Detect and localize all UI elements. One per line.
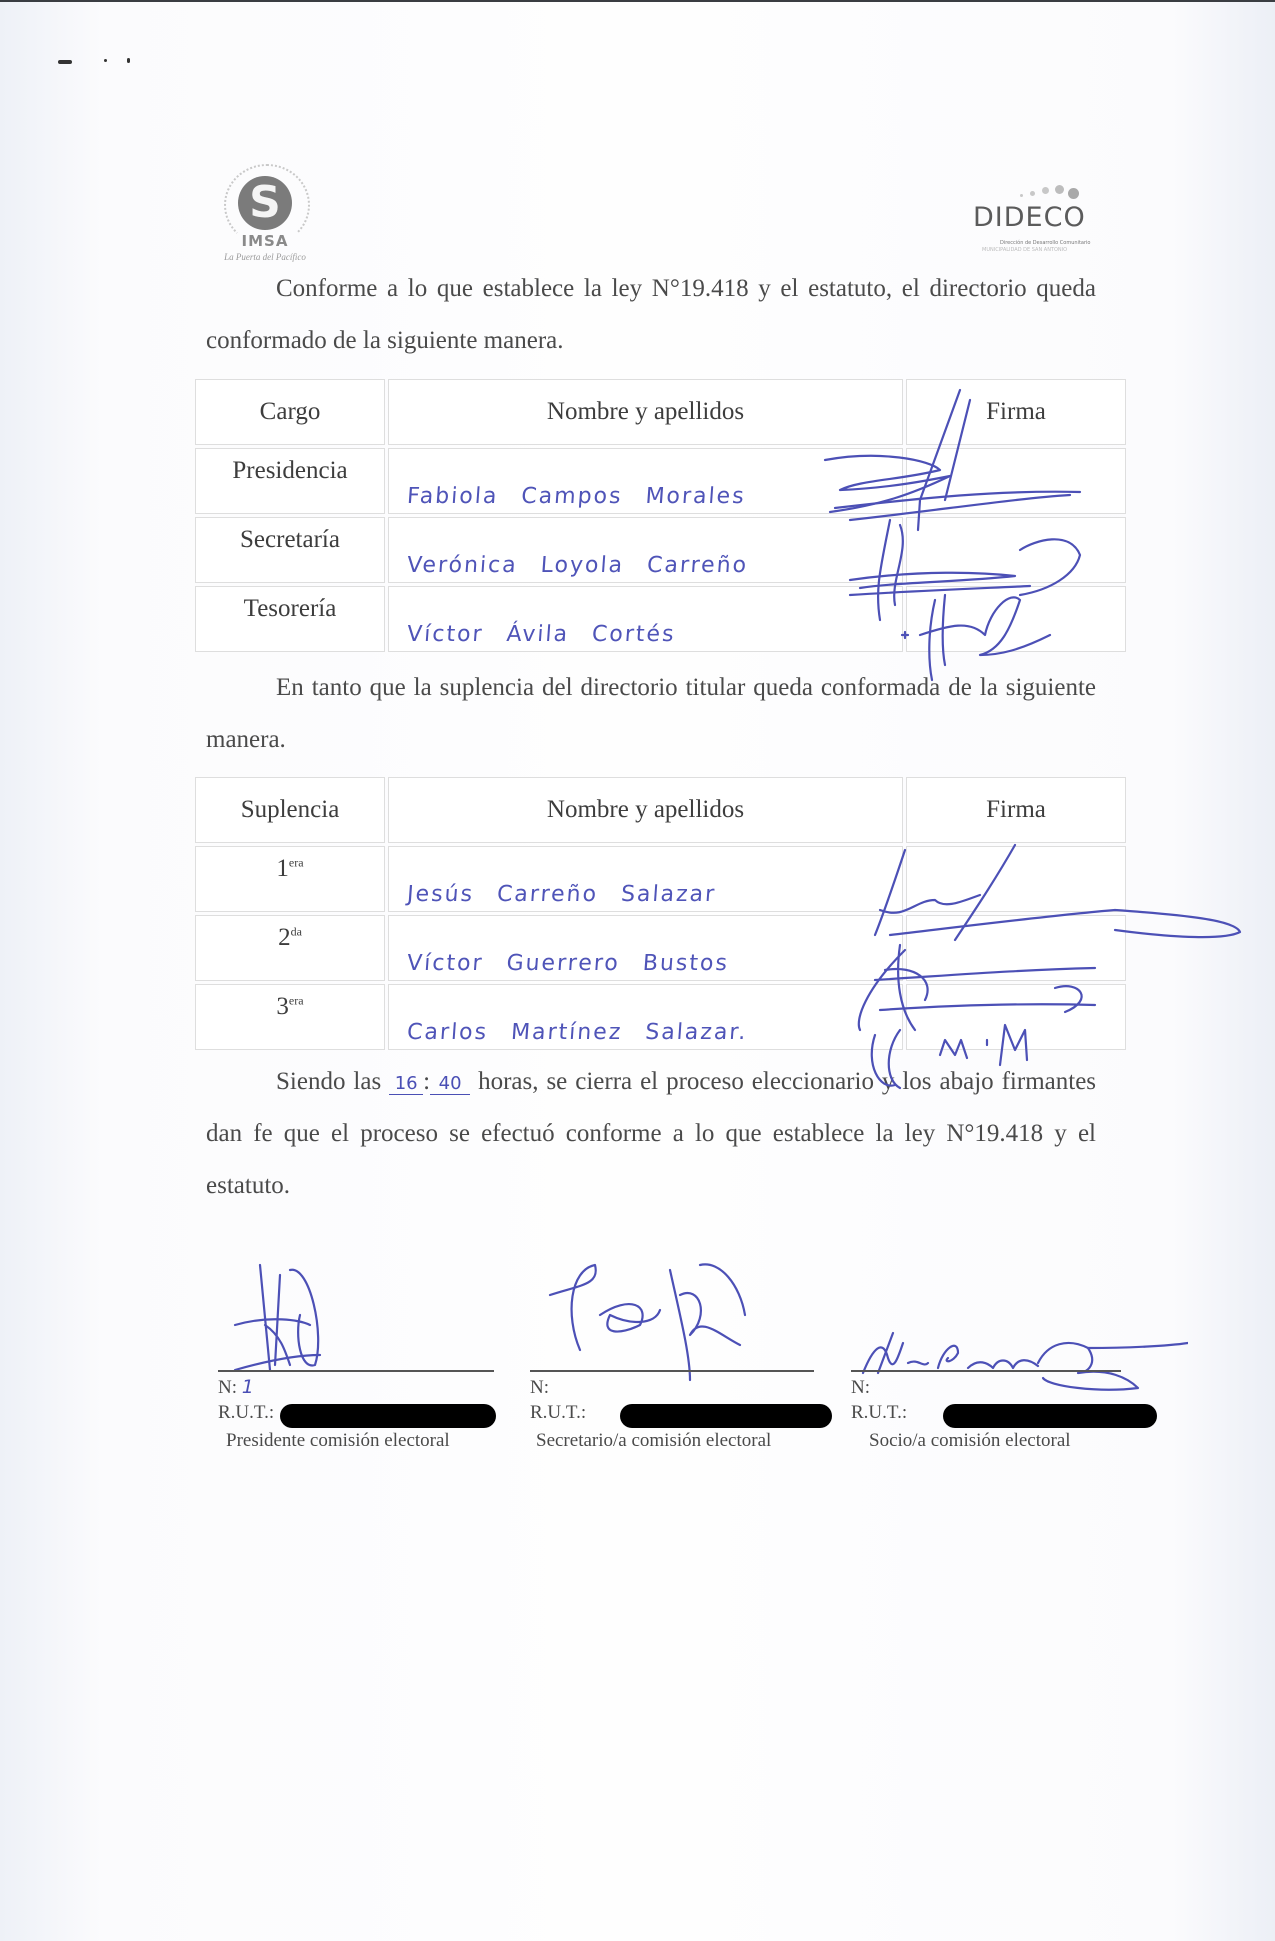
header-suplencia: Suplencia [195, 777, 385, 843]
cargo-cell: Presidencia [195, 448, 385, 514]
table-row: Secretaría Verónica Loyola Carreño [195, 517, 1126, 583]
header-firma: Firma [906, 777, 1126, 843]
rut-label: R.U.T.: [851, 1402, 907, 1424]
suplencia-number: 3era [195, 984, 385, 1050]
imsa-tagline: La Puerta del Pacífico [210, 252, 320, 262]
suplencia-paragraph: En tanto que la suplencia del directorio… [206, 662, 1096, 766]
n-value: 1 [242, 1376, 254, 1398]
rut-label: R.U.T.: [530, 1402, 586, 1424]
suplencia-table: Suplencia Nombre y apellidos Firma 1era … [192, 774, 1129, 1053]
table-header-row: Cargo Nombre y apellidos Firma [195, 379, 1126, 445]
directorio-table: Cargo Nombre y apellidos Firma Presidenc… [192, 376, 1129, 655]
signature-secretary-commission-icon [540, 1255, 790, 1385]
scan-speck [58, 60, 72, 64]
logo-dots [1010, 182, 1090, 204]
table-row: 3era Carlos Martínez Salazar. [195, 984, 1126, 1050]
role-label: Socio/a comisión electoral [869, 1430, 1071, 1452]
name-cell: Carlos Martínez Salazar. [388, 984, 903, 1050]
suplencia-number: 1era [195, 846, 385, 912]
name-cell: Jesús Carreño Salazar [388, 846, 903, 912]
imsa-name: IMSA [210, 232, 320, 250]
dideco-subtitle: Dirección de Desarrollo Comunitario [1000, 240, 1090, 246]
rut-redaction [620, 1404, 832, 1428]
header-firma: Firma [906, 379, 1126, 445]
header-cargo: Cargo [195, 379, 385, 445]
signature-line [218, 1370, 494, 1372]
signature-cell [906, 517, 1126, 583]
intro-paragraph: Conforme a lo que establece la ley N°19.… [206, 263, 1096, 367]
dideco-name: DIDECO [973, 202, 1086, 233]
table-header-row: Suplencia Nombre y apellidos Firma [195, 777, 1126, 843]
name-cell: Verónica Loyola Carreño [388, 517, 903, 583]
dideco-logo-icon: DIDECO Dirección de Desarrollo Comunitar… [970, 182, 1100, 258]
signature-cell [906, 586, 1126, 652]
suplencia-number: 2da [195, 915, 385, 981]
header-nombre: Nombre y apellidos [388, 777, 903, 843]
n-label: N: [851, 1376, 870, 1399]
rut-label: R.U.T.: [218, 1402, 274, 1424]
scan-edge [0, 0, 1275, 2]
logo-s-mark: S [246, 182, 284, 224]
name-cell: Víctor Guerrero Bustos [388, 915, 903, 981]
cargo-cell: Secretaría [195, 517, 385, 583]
signature-line [530, 1370, 814, 1372]
imsa-logo-icon: S IMSA La Puerta del Pacífico [210, 168, 320, 268]
role-label: Presidente comisión electoral [226, 1430, 450, 1452]
signature-cell [906, 915, 1126, 981]
signature-member-commission-icon [848, 1318, 1188, 1393]
header-nombre: Nombre y apellidos [388, 379, 903, 445]
minute-field: 40 [430, 1074, 470, 1095]
hour-field: 16 [389, 1074, 423, 1095]
signature-cell [906, 448, 1126, 514]
table-row: 1era Jesús Carreño Salazar [195, 846, 1126, 912]
n-label: N: [530, 1376, 549, 1399]
rut-redaction [943, 1404, 1157, 1428]
table-row: 2da Víctor Guerrero Bustos [195, 915, 1126, 981]
table-row: Tesorería Víctor Ávila Cortés [195, 586, 1126, 652]
role-label: Secretario/a comisión electoral [536, 1430, 771, 1452]
signature-line [851, 1370, 1121, 1372]
dideco-subtitle-2: MUNICIPALIDAD DE SAN ANTONIO [982, 247, 1067, 253]
name-cell: Fabiola Campos Morales [388, 448, 903, 514]
n-label: N: 1 [218, 1376, 254, 1399]
name-cell: Víctor Ávila Cortés [388, 586, 903, 652]
cargo-cell: Tesorería [195, 586, 385, 652]
document-page: S IMSA La Puerta del Pacífico DIDECO Dir… [0, 0, 1275, 1941]
rut-redaction [280, 1404, 496, 1428]
scan-speck [127, 58, 130, 63]
signature-cell [906, 984, 1126, 1050]
table-row: Presidencia Fabiola Campos Morales [195, 448, 1126, 514]
signature-cell [906, 846, 1126, 912]
closing-paragraph: Siendo las 16:40 horas, se cierra el pro… [206, 1056, 1096, 1212]
signature-president-commission-icon [230, 1255, 380, 1385]
scan-speck [104, 59, 107, 62]
